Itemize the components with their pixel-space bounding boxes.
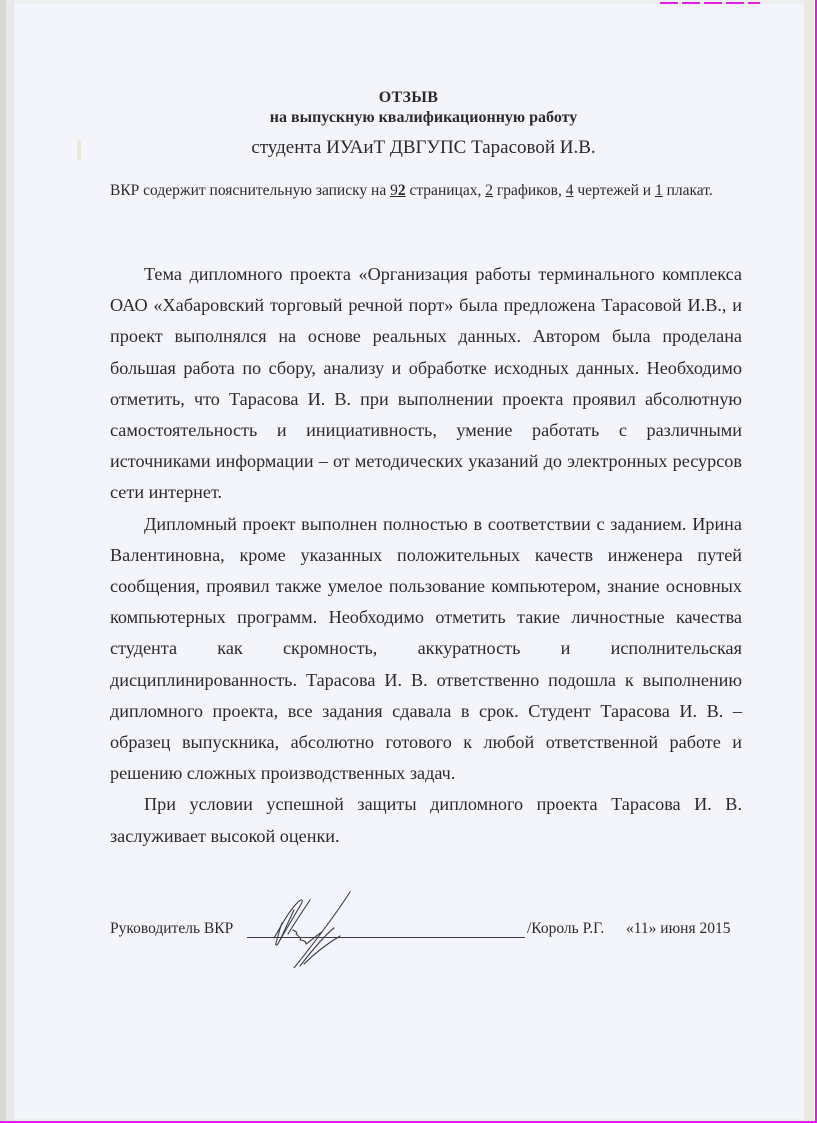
review-body: Тема дипломного проекта «Организация раб… — [110, 259, 742, 852]
summary-posters-text: плакат. — [663, 182, 713, 199]
signature-block: Руководитель ВКР /Король Р.Г. «11» июня … — [110, 915, 750, 939]
scan-edge-left-shadow — [6, 0, 14, 1123]
summary-pages-text: страницах, — [406, 182, 486, 199]
paragraph-assessment: Дипломный проект выполнен полностью в со… — [110, 509, 742, 790]
paragraph-topic: Тема дипломного проекта «Организация раб… — [110, 259, 742, 509]
document-subtitle: на выпускную квалификационную работу — [30, 108, 817, 128]
summary-prefix: ВКР содержит пояснительную записку на — [110, 182, 390, 199]
handwritten-signature-icon — [260, 888, 400, 968]
posters-count: 1 — [655, 182, 663, 199]
pages-count-digit-2: 2 — [398, 182, 406, 199]
signature-date: «11» июня 2015 — [626, 919, 730, 939]
graphs-count: 2 — [485, 182, 493, 199]
scan-frame-top-marks — [660, 2, 760, 4]
pages-count-digit-1: 9 — [390, 182, 398, 199]
document-title: ОТЗЫВ — [0, 88, 817, 108]
student-line: студента ИУАиТ ДВГУПС Тарасовой И.В. — [30, 134, 817, 162]
summary-drawings-text: чертежей и — [573, 182, 654, 199]
paragraph-conclusion: При условии успешной защиты дипломного п… — [110, 789, 742, 851]
document-header: ОТЗЫВ на выпускную квалификационную рабо… — [0, 88, 817, 162]
supervisor-label: Руководитель ВКР — [110, 919, 233, 939]
work-summary: ВКР содержит пояснительную записку на 92… — [110, 181, 750, 201]
scan-edge-right — [804, 0, 814, 1123]
summary-graphs-text: графиков, — [493, 182, 566, 199]
supervisor-name: /Король Р.Г. — [527, 919, 604, 939]
